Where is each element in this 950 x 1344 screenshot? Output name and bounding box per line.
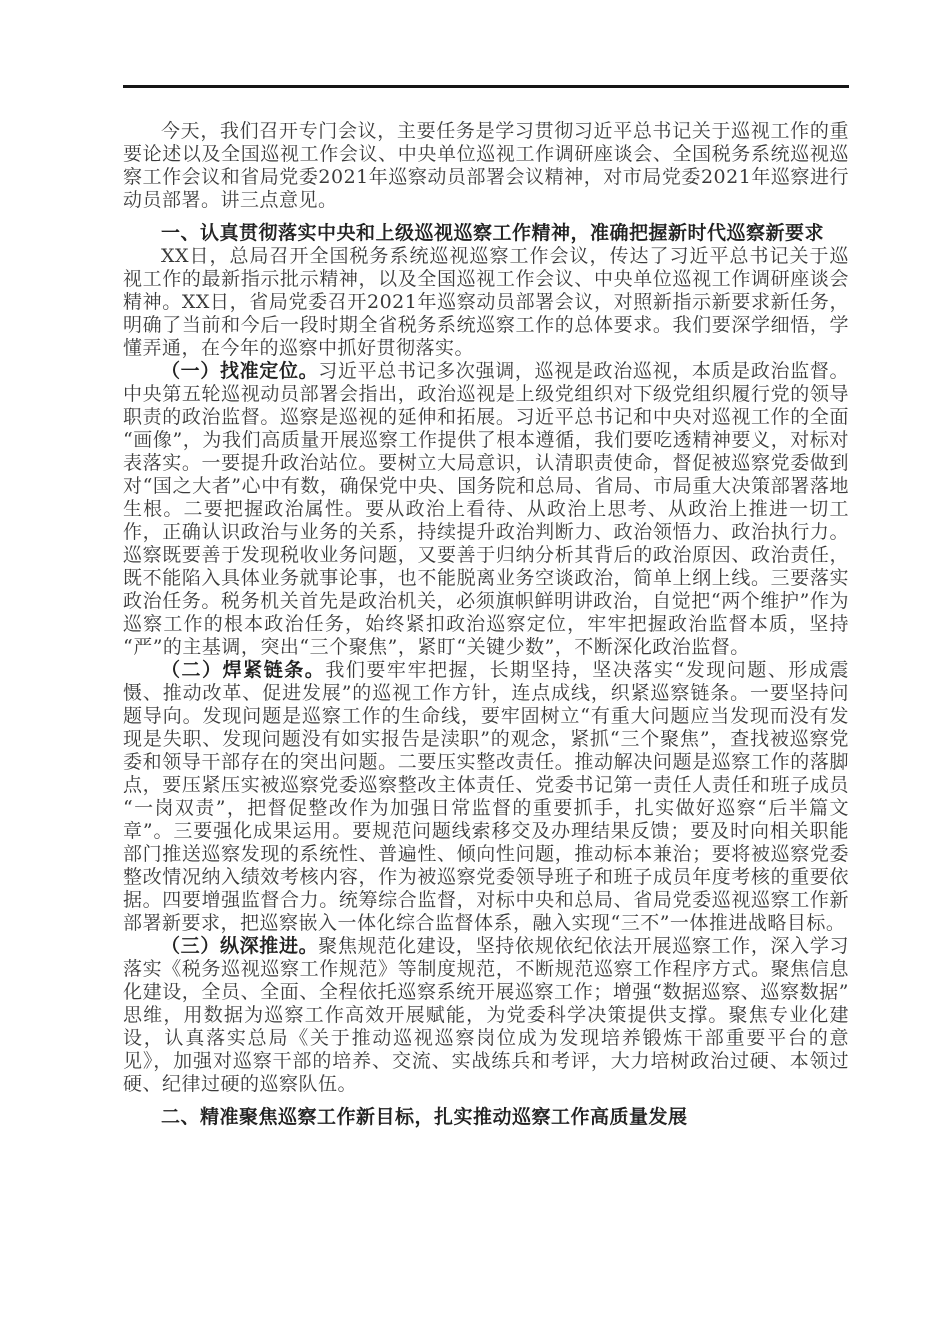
header-rule: [123, 85, 849, 88]
paragraph-point-1-lead: （一）找准定位。: [161, 360, 318, 382]
paragraph-point-2: （二）焊紧链条。我们要牢牢把握，长期坚持，坚决落实“发现问题、形成震慑、推动改革…: [123, 659, 849, 935]
paragraph-overview: XX日，总局召开全国税务系统巡视巡察工作会议，传达了习近平总书记关于巡视工作的最…: [123, 245, 849, 360]
heading-section-2: 二、精准聚焦巡察工作新目标，扎实推动巡察工作高质量发展: [123, 1106, 849, 1129]
heading-section-1: 一、认真贯彻落实中央和上级巡视巡察工作精神，准确把握新时代巡察新要求: [123, 222, 849, 245]
paragraph-point-1-text: 习近平总书记多次强调，巡视是政治巡视，本质是政治监督。中央第五轮巡视动员部署会指…: [123, 360, 849, 658]
paragraph-point-3: （三）纵深推进。聚焦规范化建设，坚持依规依纪依法开展巡察工作，深入学习落实《税务…: [123, 935, 849, 1096]
paragraph-point-1: （一）找准定位。习近平总书记多次强调，巡视是政治巡视，本质是政治监督。中央第五轮…: [123, 360, 849, 659]
document-body: 今天，我们召开专门会议，主要任务是学习贯彻习近平总书记关于巡视工作的重要论述以及…: [123, 120, 849, 1129]
paragraph-point-2-lead: （二）焊紧链条。: [161, 659, 325, 681]
document-page: 今天，我们召开专门会议，主要任务是学习贯彻习近平总书记关于巡视工作的重要论述以及…: [0, 0, 950, 1344]
paragraph-point-3-text: 聚焦规范化建设，坚持依规依纪依法开展巡察工作，深入学习落实《税务巡视巡察工作规范…: [123, 935, 849, 1095]
paragraph-point-2-text: 我们要牢牢把握，长期坚持，坚决落实“发现问题、形成震慑、推动改革、促进发展”的巡…: [123, 659, 849, 934]
paragraph-intro: 今天，我们召开专门会议，主要任务是学习贯彻习近平总书记关于巡视工作的重要论述以及…: [123, 120, 849, 212]
paragraph-point-3-lead: （三）纵深推进。: [161, 935, 318, 957]
